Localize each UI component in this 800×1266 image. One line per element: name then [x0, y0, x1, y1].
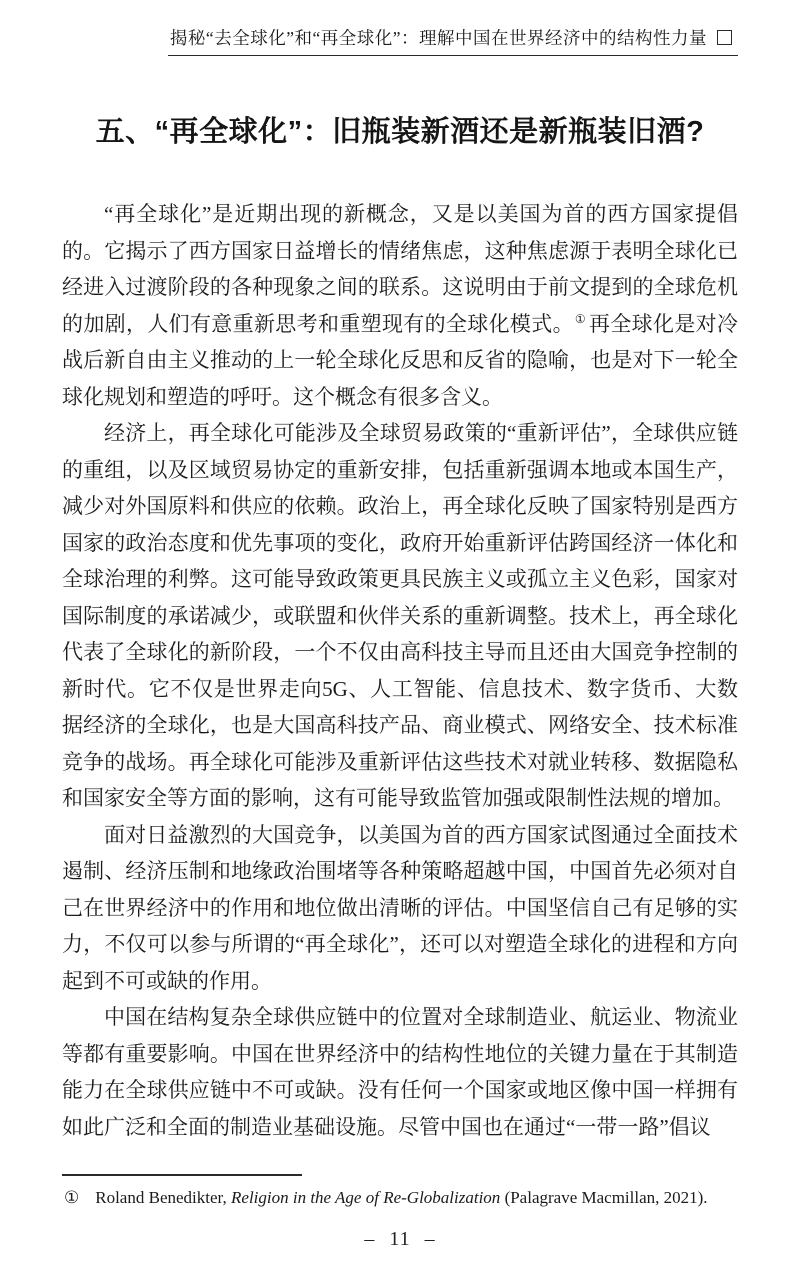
body-paragraph: 经济上，再全球化可能涉及全球贸易政策的“重新评估”，全球供应链的重组，以及区域贸…	[62, 415, 738, 817]
footnote-marker: ①	[64, 1188, 79, 1207]
section-title: 五、“再全球化”：旧瓶装新酒还是新瓶装旧酒?	[62, 112, 738, 152]
document-page: 揭秘“去全球化”和“再全球化”：理解中国在世界经济中的结构性力量 五、“再全球化…	[0, 0, 800, 1266]
footnote-divider	[62, 1174, 302, 1176]
body-paragraph: 中国在结构复杂全球供应链中的位置对全球制造业、航运业、物流业等都有重要影响。中国…	[62, 999, 738, 1145]
body-text: “再全球化”是近期出现的新概念，又是以美国为首的西方国家提倡的。它揭示了西方国家…	[62, 196, 738, 1145]
running-header-inner: 揭秘“去全球化”和“再全球化”：理解中国在世界经济中的结构性力量	[168, 26, 738, 56]
footnote-block: ①Roland Benedikter, Religion in the Age …	[62, 1174, 738, 1209]
footnote-text: ①Roland Benedikter, Religion in the Age …	[62, 1186, 738, 1209]
body-paragraph: “再全球化”是近期出现的新概念，又是以美国为首的西方国家提倡的。它揭示了西方国家…	[62, 196, 738, 415]
running-header-text: 揭秘“去全球化”和“再全球化”：理解中国在世界经济中的结构性力量	[170, 28, 707, 48]
body-paragraph: 面对日益激烈的大国竞争，以美国为首的西方国家试图通过全面技术遏制、经济压制和地缘…	[62, 817, 738, 1000]
footnote-book-title: Religion in the Age of Re-Globalization	[231, 1188, 500, 1207]
footnote-ref: ①	[574, 312, 589, 326]
footnote-author: Roland Benedikter,	[95, 1188, 231, 1207]
footnote-publisher: (Palagrave Macmillan, 2021).	[500, 1188, 707, 1207]
running-header: 揭秘“去全球化”和“再全球化”：理解中国在世界经济中的结构性力量	[62, 26, 738, 56]
page-number: – 11 –	[0, 1228, 800, 1251]
end-box-icon	[717, 30, 732, 45]
